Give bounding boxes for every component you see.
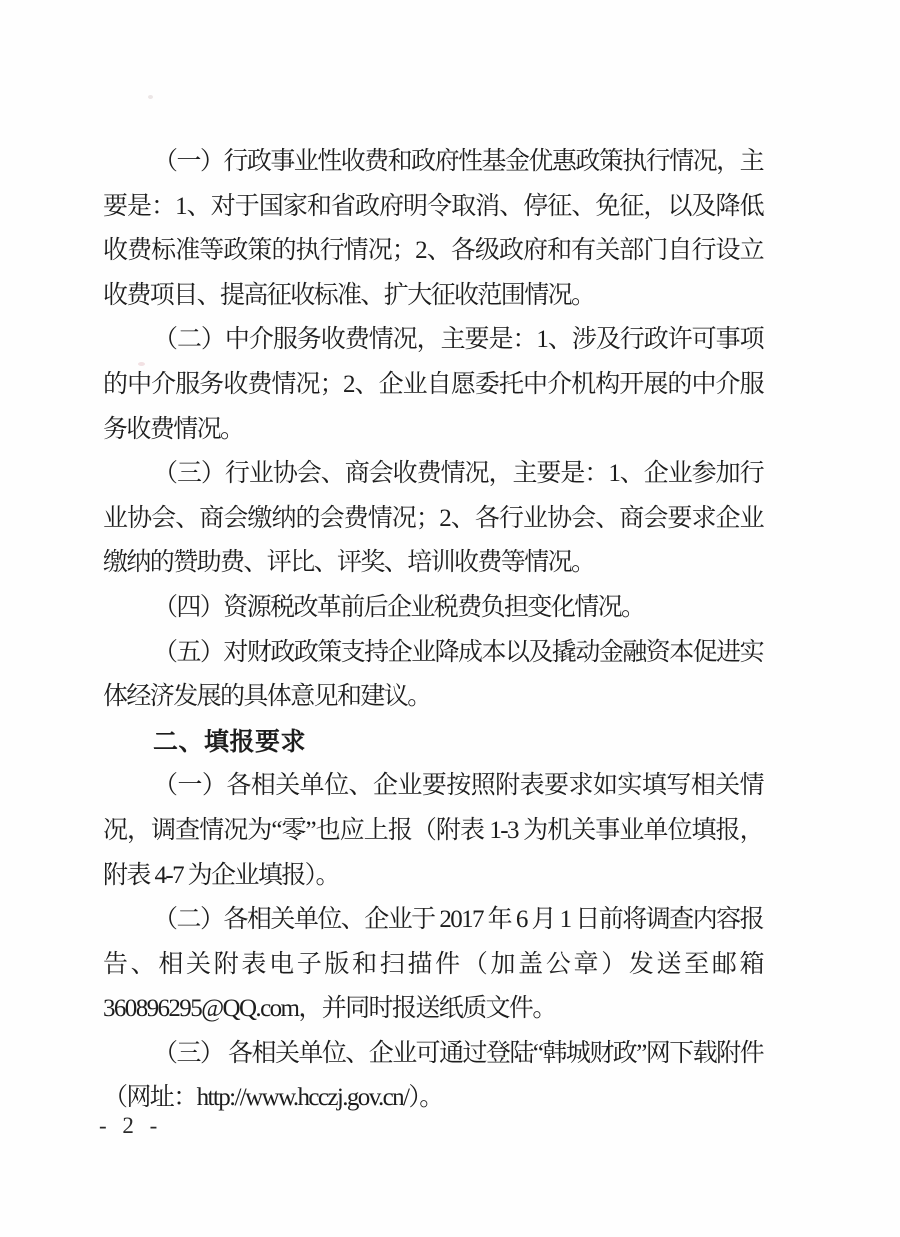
paragraph-item-4: （四）资源税改革前后企业税费负担变化情况。 xyxy=(103,586,763,631)
scan-speck xyxy=(148,95,153,99)
section-heading-requirements: 二、填报要求 xyxy=(103,720,763,765)
paragraph-item-6: （一）各相关单位、企业要按照附表要求如实填写相关情况，调查情况为“零”也应上报（… xyxy=(103,764,763,898)
paragraph-item-8: （三） 各相关单位、企业可通过登陆“韩城财政”网下载附件（网址：http://w… xyxy=(103,1032,763,1121)
paragraph-item-7: （二）各相关单位、企业于 2017 年 6 月 1 日前将调查内容报告、相关附表… xyxy=(103,898,763,1032)
scanned-document-page: （一）行政事业性收费和政府性基金优惠政策执行情况，主要是：1、对于国家和省政府明… xyxy=(0,0,900,1237)
document-body: （一）行政事业性收费和政府性基金优惠政策执行情况，主要是：1、对于国家和省政府明… xyxy=(103,140,763,1121)
paragraph-item-2: （二）中介服务收费情况，主要是：1、涉及行政许可事项的中介服务收费情况；2、企业… xyxy=(103,318,763,452)
paragraph-item-1: （一）行政事业性收费和政府性基金优惠政策执行情况，主要是：1、对于国家和省政府明… xyxy=(103,140,763,318)
paragraph-item-5: （五）对财政政策支持企业降成本以及撬动金融资本促进实体经济发展的具体意见和建议。 xyxy=(103,631,763,720)
paragraph-item-3: （三）行业协会、商会收费情况，主要是：1、企业参加行业协会、商会缴纳的会费情况；… xyxy=(103,452,763,586)
page-number: - 2 - xyxy=(99,1113,162,1139)
